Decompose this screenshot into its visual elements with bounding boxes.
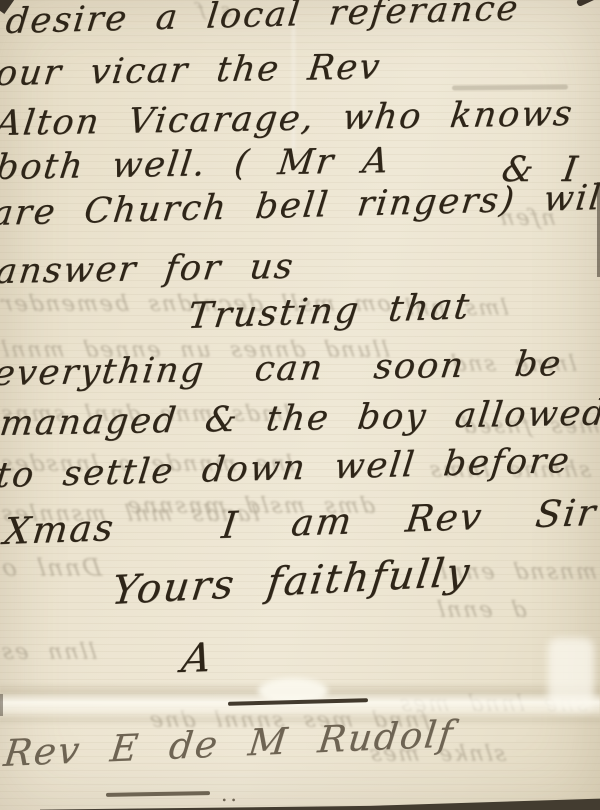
letter-page: s f nfen om msll decnldns bemender lms n… <box>0 0 600 810</box>
handwriting-line: Xmas <box>2 506 117 553</box>
closing-valediction: Yours faithfully <box>109 549 473 614</box>
scan-edge-shadow <box>0 694 3 716</box>
handwriting-line: both well. ( Mr A <box>0 141 392 188</box>
handwriting-line: desire a local referance <box>4 0 522 42</box>
scan-edge-shadow <box>40 796 600 810</box>
handwriting-line: answer for us <box>0 247 297 292</box>
underline-dots: .. <box>221 782 240 806</box>
handwriting-line: our vicar the Rev <box>0 47 384 94</box>
smudge-mark <box>452 84 568 90</box>
ghost-writing: Dnnl o <box>0 554 103 582</box>
addressee-underline <box>106 791 210 796</box>
ghost-writing: llnn es <box>0 640 98 665</box>
handwriting-line: Alton Vicarage, who knows us <box>0 93 600 144</box>
handwriting-line: to settle down well before <box>0 441 573 496</box>
signature-initial: A <box>179 635 217 682</box>
crease-highlight <box>548 638 594 710</box>
handwriting-line: Trusting that <box>185 286 473 337</box>
ghost-writing: d ennl <box>434 598 528 623</box>
scan-edge-mark <box>576 0 600 7</box>
handwriting-line: everything can soon be <box>0 344 565 394</box>
